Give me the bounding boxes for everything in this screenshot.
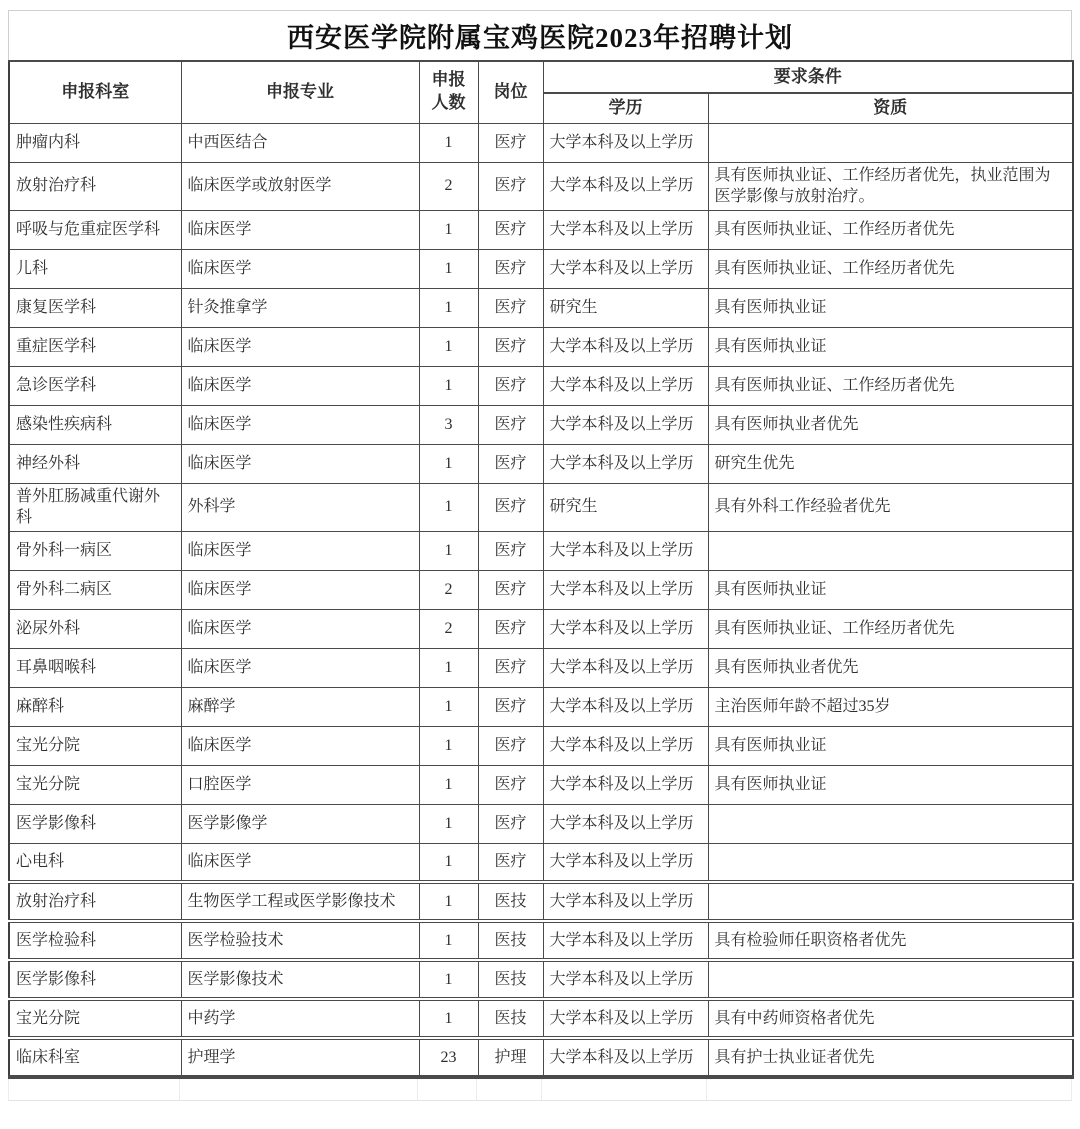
cell-department: 急诊医学科 bbox=[9, 366, 181, 405]
cell-department: 宝光分院 bbox=[9, 765, 181, 804]
table-row: 重症医学科临床医学1医疗大学本科及以上学历具有医师执业证 bbox=[9, 327, 1073, 366]
cell-department: 耳鼻咽喉科 bbox=[9, 648, 181, 687]
table-row: 宝光分院临床医学1医疗大学本科及以上学历具有医师执业证 bbox=[9, 726, 1073, 765]
cell-education: 大学本科及以上学历 bbox=[543, 687, 708, 726]
cell-count: 1 bbox=[419, 531, 478, 570]
cell-department: 麻醉科 bbox=[9, 687, 181, 726]
cell-education: 大学本科及以上学历 bbox=[543, 726, 708, 765]
cell-qualification: 具有医师执业证、工作经历者优先 bbox=[708, 210, 1073, 249]
cell-count: 1 bbox=[419, 327, 478, 366]
cell-department: 放射治疗科 bbox=[9, 882, 181, 921]
cell-position: 医疗 bbox=[478, 327, 543, 366]
cell-position: 医疗 bbox=[478, 162, 543, 210]
cell-education: 大学本科及以上学历 bbox=[543, 366, 708, 405]
cell-qualification: 具有医师执业证、工作经历者优先，执业范围为医学影像与放射治疗。 bbox=[708, 162, 1073, 210]
cell-education: 研究生 bbox=[543, 483, 708, 531]
col-header-major: 申报专业 bbox=[181, 61, 419, 123]
cell-department: 儿科 bbox=[9, 249, 181, 288]
cell-position: 医疗 bbox=[478, 531, 543, 570]
cell-qualification: 具有中药师资格者优先 bbox=[708, 999, 1073, 1038]
page-title: 西安医学院附属宝鸡医院2023年招聘计划 bbox=[287, 16, 793, 55]
cell-count: 1 bbox=[419, 687, 478, 726]
cell-qualification: 具有外科工作经验者优先 bbox=[708, 483, 1073, 531]
cell-count: 1 bbox=[419, 804, 478, 843]
cell-education: 大学本科及以上学历 bbox=[543, 804, 708, 843]
cell-department: 泌尿外科 bbox=[9, 609, 181, 648]
cell-department: 呼吸与危重症医学科 bbox=[9, 210, 181, 249]
cell-position: 医疗 bbox=[478, 405, 543, 444]
section-medical-tech: 放射治疗科生物医学工程或医学影像技术1医技大学本科及以上学历医学检验科医学检验技… bbox=[9, 882, 1073, 1038]
cell-qualification: 具有医师执业证 bbox=[708, 765, 1073, 804]
cell-position: 医疗 bbox=[478, 804, 543, 843]
cell-major: 临床医学 bbox=[181, 609, 419, 648]
cell-major: 临床医学 bbox=[181, 327, 419, 366]
cell-qualification: 具有护士执业证者优先 bbox=[708, 1038, 1073, 1077]
table-row: 放射治疗科生物医学工程或医学影像技术1医技大学本科及以上学历 bbox=[9, 882, 1073, 921]
table-row: 康复医学科针灸推拿学1医疗研究生具有医师执业证 bbox=[9, 288, 1073, 327]
cell-major: 针灸推拿学 bbox=[181, 288, 419, 327]
cell-qualification: 具有医师执业者优先 bbox=[708, 405, 1073, 444]
cell-qualification: 具有医师执业者优先 bbox=[708, 648, 1073, 687]
cell-education: 大学本科及以上学历 bbox=[543, 210, 708, 249]
cell-department: 宝光分院 bbox=[9, 726, 181, 765]
section-nursing: 临床科室护理学23护理大学本科及以上学历具有护士执业证者优先 bbox=[9, 1038, 1073, 1077]
empty-cell bbox=[418, 1079, 477, 1100]
cell-position: 医疗 bbox=[478, 609, 543, 648]
table-row: 宝光分院口腔医学1医疗大学本科及以上学历具有医师执业证 bbox=[9, 765, 1073, 804]
cell-position: 医疗 bbox=[478, 570, 543, 609]
cell-major: 临床医学 bbox=[181, 570, 419, 609]
cell-major: 临床医学 bbox=[181, 366, 419, 405]
cell-department: 重症医学科 bbox=[9, 327, 181, 366]
table-row: 呼吸与危重症医学科临床医学1医疗大学本科及以上学历具有医师执业证、工作经历者优先 bbox=[9, 210, 1073, 249]
table-row: 宝光分院中药学1医技大学本科及以上学历具有中药师资格者优先 bbox=[9, 999, 1073, 1038]
cell-position: 医技 bbox=[478, 882, 543, 921]
cell-department: 康复医学科 bbox=[9, 288, 181, 327]
cell-education: 大学本科及以上学历 bbox=[543, 162, 708, 210]
cell-education: 大学本科及以上学历 bbox=[543, 570, 708, 609]
cell-department: 感染性疾病科 bbox=[9, 405, 181, 444]
table-header: 申报科室 申报专业 申报人数 岗位 要求条件 学历 资质 bbox=[9, 61, 1073, 123]
cell-education: 大学本科及以上学历 bbox=[543, 123, 708, 162]
cell-position: 医疗 bbox=[478, 687, 543, 726]
cell-department: 临床科室 bbox=[9, 1038, 181, 1077]
empty-spreadsheet-row bbox=[8, 1079, 1072, 1101]
cell-education: 大学本科及以上学历 bbox=[543, 1038, 708, 1077]
cell-major: 临床医学 bbox=[181, 405, 419, 444]
cell-count: 1 bbox=[419, 960, 478, 999]
cell-major: 临床医学 bbox=[181, 210, 419, 249]
cell-position: 医疗 bbox=[478, 249, 543, 288]
table-row: 感染性疾病科临床医学3医疗大学本科及以上学历具有医师执业者优先 bbox=[9, 405, 1073, 444]
cell-position: 医疗 bbox=[478, 288, 543, 327]
cell-count: 1 bbox=[419, 999, 478, 1038]
cell-position: 医疗 bbox=[478, 483, 543, 531]
col-header-position: 岗位 bbox=[478, 61, 543, 123]
table-row: 临床科室护理学23护理大学本科及以上学历具有护士执业证者优先 bbox=[9, 1038, 1073, 1077]
cell-qualification: 具有医师执业证 bbox=[708, 570, 1073, 609]
cell-education: 大学本科及以上学历 bbox=[543, 405, 708, 444]
cell-major: 临床医学 bbox=[181, 726, 419, 765]
cell-department: 医学影像科 bbox=[9, 960, 181, 999]
recruitment-table: 申报科室 申报专业 申报人数 岗位 要求条件 学历 资质 肿瘤内科中西医结合1医… bbox=[8, 60, 1074, 1079]
cell-qualification: 具有医师执业证、工作经历者优先 bbox=[708, 609, 1073, 648]
cell-department: 放射治疗科 bbox=[9, 162, 181, 210]
cell-qualification: 主治医师年龄不超过35岁 bbox=[708, 687, 1073, 726]
cell-count: 1 bbox=[419, 249, 478, 288]
table-row: 耳鼻咽喉科临床医学1医疗大学本科及以上学历具有医师执业者优先 bbox=[9, 648, 1073, 687]
cell-department: 骨外科一病区 bbox=[9, 531, 181, 570]
section-medical: 肿瘤内科中西医结合1医疗大学本科及以上学历放射治疗科临床医学或放射医学2医疗大学… bbox=[9, 123, 1073, 882]
cell-major: 临床医学 bbox=[181, 843, 419, 882]
col-header-requirements: 要求条件 bbox=[543, 61, 1073, 93]
empty-cell bbox=[180, 1079, 418, 1100]
cell-count: 1 bbox=[419, 648, 478, 687]
cell-qualification: 具有医师执业证、工作经历者优先 bbox=[708, 249, 1073, 288]
cell-position: 医疗 bbox=[478, 444, 543, 483]
cell-education: 大学本科及以上学历 bbox=[543, 609, 708, 648]
cell-position: 医技 bbox=[478, 999, 543, 1038]
cell-qualification: 研究生优先 bbox=[708, 444, 1073, 483]
cell-count: 2 bbox=[419, 570, 478, 609]
cell-major: 生物医学工程或医学影像技术 bbox=[181, 882, 419, 921]
cell-position: 医疗 bbox=[478, 765, 543, 804]
col-header-qualification: 资质 bbox=[708, 93, 1073, 123]
cell-department: 普外肛肠减重代谢外科 bbox=[9, 483, 181, 531]
cell-position: 医疗 bbox=[478, 210, 543, 249]
cell-education: 大学本科及以上学历 bbox=[543, 921, 708, 960]
cell-count: 1 bbox=[419, 726, 478, 765]
cell-qualification: 具有医师执业证 bbox=[708, 288, 1073, 327]
col-header-department: 申报科室 bbox=[9, 61, 181, 123]
cell-qualification: 具有医师执业证、工作经历者优先 bbox=[708, 366, 1073, 405]
cell-qualification: 具有医师执业证 bbox=[708, 327, 1073, 366]
cell-position: 护理 bbox=[478, 1038, 543, 1077]
cell-department: 心电科 bbox=[9, 843, 181, 882]
cell-count: 1 bbox=[419, 444, 478, 483]
cell-major: 医学检验技术 bbox=[181, 921, 419, 960]
table-row: 急诊医学科临床医学1医疗大学本科及以上学历具有医师执业证、工作经历者优先 bbox=[9, 366, 1073, 405]
cell-department: 肿瘤内科 bbox=[9, 123, 181, 162]
table-row: 泌尿外科临床医学2医疗大学本科及以上学历具有医师执业证、工作经历者优先 bbox=[9, 609, 1073, 648]
table-row: 神经外科临床医学1医疗大学本科及以上学历研究生优先 bbox=[9, 444, 1073, 483]
table-row: 骨外科一病区临床医学1医疗大学本科及以上学历 bbox=[9, 531, 1073, 570]
cell-major: 中药学 bbox=[181, 999, 419, 1038]
empty-cell bbox=[8, 1079, 180, 1100]
cell-education: 大学本科及以上学历 bbox=[543, 960, 708, 999]
cell-position: 医疗 bbox=[478, 843, 543, 882]
cell-qualification bbox=[708, 843, 1073, 882]
table-row: 肿瘤内科中西医结合1医疗大学本科及以上学历 bbox=[9, 123, 1073, 162]
cell-education: 大学本科及以上学历 bbox=[543, 327, 708, 366]
cell-department: 医学检验科 bbox=[9, 921, 181, 960]
cell-position: 医疗 bbox=[478, 726, 543, 765]
table-row: 医学影像科医学影像技术1医技大学本科及以上学历 bbox=[9, 960, 1073, 999]
cell-count: 1 bbox=[419, 366, 478, 405]
table-row: 医学检验科医学检验技术1医技大学本科及以上学历具有检验师任职资格者优先 bbox=[9, 921, 1073, 960]
cell-count: 1 bbox=[419, 123, 478, 162]
cell-qualification bbox=[708, 882, 1073, 921]
cell-count: 1 bbox=[419, 765, 478, 804]
cell-education: 大学本科及以上学历 bbox=[543, 843, 708, 882]
cell-major: 临床医学或放射医学 bbox=[181, 162, 419, 210]
cell-major: 口腔医学 bbox=[181, 765, 419, 804]
table-row: 骨外科二病区临床医学2医疗大学本科及以上学历具有医师执业证 bbox=[9, 570, 1073, 609]
table-row: 放射治疗科临床医学或放射医学2医疗大学本科及以上学历具有医师执业证、工作经历者优… bbox=[9, 162, 1073, 210]
col-header-education: 学历 bbox=[543, 93, 708, 123]
cell-qualification bbox=[708, 123, 1073, 162]
cell-position: 医疗 bbox=[478, 366, 543, 405]
cell-qualification: 具有检验师任职资格者优先 bbox=[708, 921, 1073, 960]
cell-major: 外科学 bbox=[181, 483, 419, 531]
cell-qualification bbox=[708, 531, 1073, 570]
cell-education: 大学本科及以上学历 bbox=[543, 444, 708, 483]
cell-position: 医技 bbox=[478, 960, 543, 999]
cell-education: 大学本科及以上学历 bbox=[543, 765, 708, 804]
cell-major: 中西医结合 bbox=[181, 123, 419, 162]
cell-education: 大学本科及以上学历 bbox=[543, 999, 708, 1038]
cell-count: 1 bbox=[419, 882, 478, 921]
empty-cell bbox=[542, 1079, 707, 1100]
empty-cell bbox=[707, 1079, 1072, 1100]
cell-qualification bbox=[708, 960, 1073, 999]
cell-department: 神经外科 bbox=[9, 444, 181, 483]
cell-position: 医疗 bbox=[478, 123, 543, 162]
cell-qualification: 具有医师执业证 bbox=[708, 726, 1073, 765]
cell-department: 宝光分院 bbox=[9, 999, 181, 1038]
title-bar: 西安医学院附属宝鸡医院2023年招聘计划 bbox=[8, 10, 1072, 60]
table-row: 麻醉科麻醉学1医疗大学本科及以上学历主治医师年龄不超过35岁 bbox=[9, 687, 1073, 726]
cell-count: 1 bbox=[419, 210, 478, 249]
cell-major: 医学影像学 bbox=[181, 804, 419, 843]
cell-position: 医疗 bbox=[478, 648, 543, 687]
cell-qualification bbox=[708, 804, 1073, 843]
cell-major: 临床医学 bbox=[181, 444, 419, 483]
cell-major: 护理学 bbox=[181, 1038, 419, 1077]
cell-education: 大学本科及以上学历 bbox=[543, 882, 708, 921]
cell-count: 2 bbox=[419, 609, 478, 648]
cell-major: 麻醉学 bbox=[181, 687, 419, 726]
cell-major: 医学影像技术 bbox=[181, 960, 419, 999]
cell-count: 1 bbox=[419, 483, 478, 531]
cell-education: 大学本科及以上学历 bbox=[543, 249, 708, 288]
cell-count: 1 bbox=[419, 921, 478, 960]
cell-major: 临床医学 bbox=[181, 531, 419, 570]
table-row: 儿科临床医学1医疗大学本科及以上学历具有医师执业证、工作经历者优先 bbox=[9, 249, 1073, 288]
cell-education: 研究生 bbox=[543, 288, 708, 327]
cell-position: 医技 bbox=[478, 921, 543, 960]
cell-department: 骨外科二病区 bbox=[9, 570, 181, 609]
document-page: 西安医学院附属宝鸡医院2023年招聘计划 申报科室 申报专业 申报人数 岗位 要… bbox=[0, 0, 1080, 1129]
cell-count: 1 bbox=[419, 288, 478, 327]
cell-department: 医学影像科 bbox=[9, 804, 181, 843]
cell-major: 临床医学 bbox=[181, 249, 419, 288]
table-row: 心电科临床医学1医疗大学本科及以上学历 bbox=[9, 843, 1073, 882]
cell-count: 1 bbox=[419, 843, 478, 882]
cell-education: 大学本科及以上学历 bbox=[543, 648, 708, 687]
cell-major: 临床医学 bbox=[181, 648, 419, 687]
cell-education: 大学本科及以上学历 bbox=[543, 531, 708, 570]
table-row: 普外肛肠减重代谢外科外科学1医疗研究生具有外科工作经验者优先 bbox=[9, 483, 1073, 531]
col-header-count: 申报人数 bbox=[419, 61, 478, 123]
cell-count: 3 bbox=[419, 405, 478, 444]
cell-count: 2 bbox=[419, 162, 478, 210]
cell-count: 23 bbox=[419, 1038, 478, 1077]
empty-cell bbox=[477, 1079, 542, 1100]
table-row: 医学影像科医学影像学1医疗大学本科及以上学历 bbox=[9, 804, 1073, 843]
